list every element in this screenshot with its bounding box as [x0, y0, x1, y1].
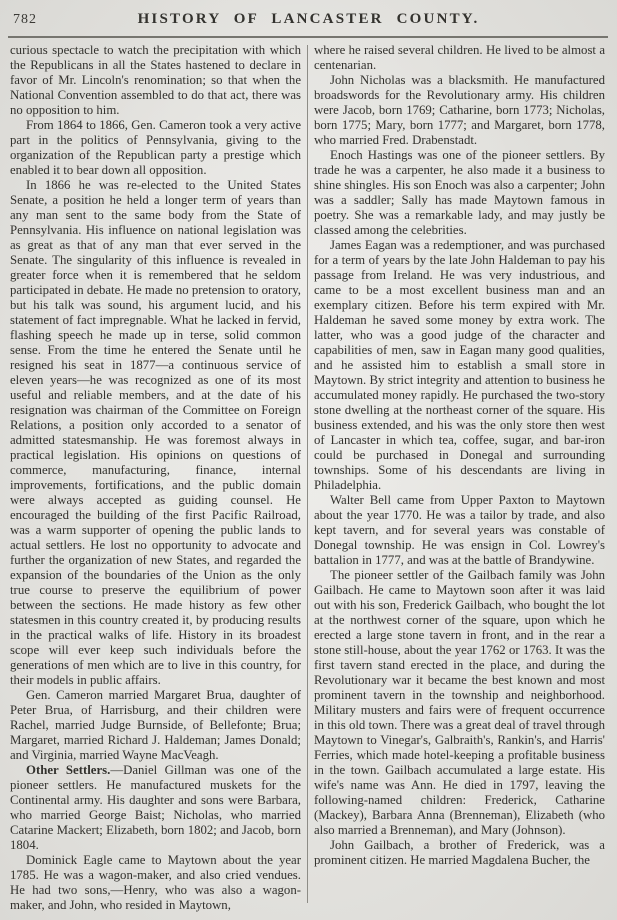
column-divider — [307, 45, 308, 903]
paragraph: Enoch Hastings was one of the pioneer se… — [314, 148, 605, 238]
book-page: 782 HISTORY OF LANCASTER COUNTY. curious… — [0, 0, 617, 920]
paragraph: John Gailbach, a brother of Frederick, w… — [314, 838, 605, 868]
paragraph: Gen. Cameron married Margaret Brua, daug… — [10, 688, 301, 763]
paragraph: where he raised several children. He liv… — [314, 43, 605, 73]
paragraph: James Eagan was a redemptioner, and was … — [314, 238, 605, 493]
paragraph: Other Settlers.—Daniel Gillman was one o… — [10, 763, 301, 853]
page-body: curious spectacle to watch the precipita… — [0, 38, 617, 913]
paragraph: In 1866 he was re-elected to the United … — [10, 178, 301, 688]
paragraph: John Nicholas was a blacksmith. He manuf… — [314, 73, 605, 148]
right-column: where he raised several children. He liv… — [314, 43, 605, 913]
paragraph: Walter Bell came from Upper Paxton to Ma… — [314, 493, 605, 568]
paragraph: From 1864 to 1866, Gen. Cameron took a v… — [10, 118, 301, 178]
left-column: curious spectacle to watch the precipita… — [10, 43, 301, 913]
paragraph: The pioneer settler of the Gailbach fami… — [314, 568, 605, 838]
page-header: 782 HISTORY OF LANCASTER COUNTY. — [0, 0, 617, 36]
paragraph: Dominick Eagle came to Maytown about the… — [10, 853, 301, 913]
paragraph-lead: Other Settlers. — [26, 763, 110, 777]
paragraph: curious spectacle to watch the precipita… — [10, 43, 301, 118]
running-title: HISTORY OF LANCASTER COUNTY. — [0, 11, 617, 28]
